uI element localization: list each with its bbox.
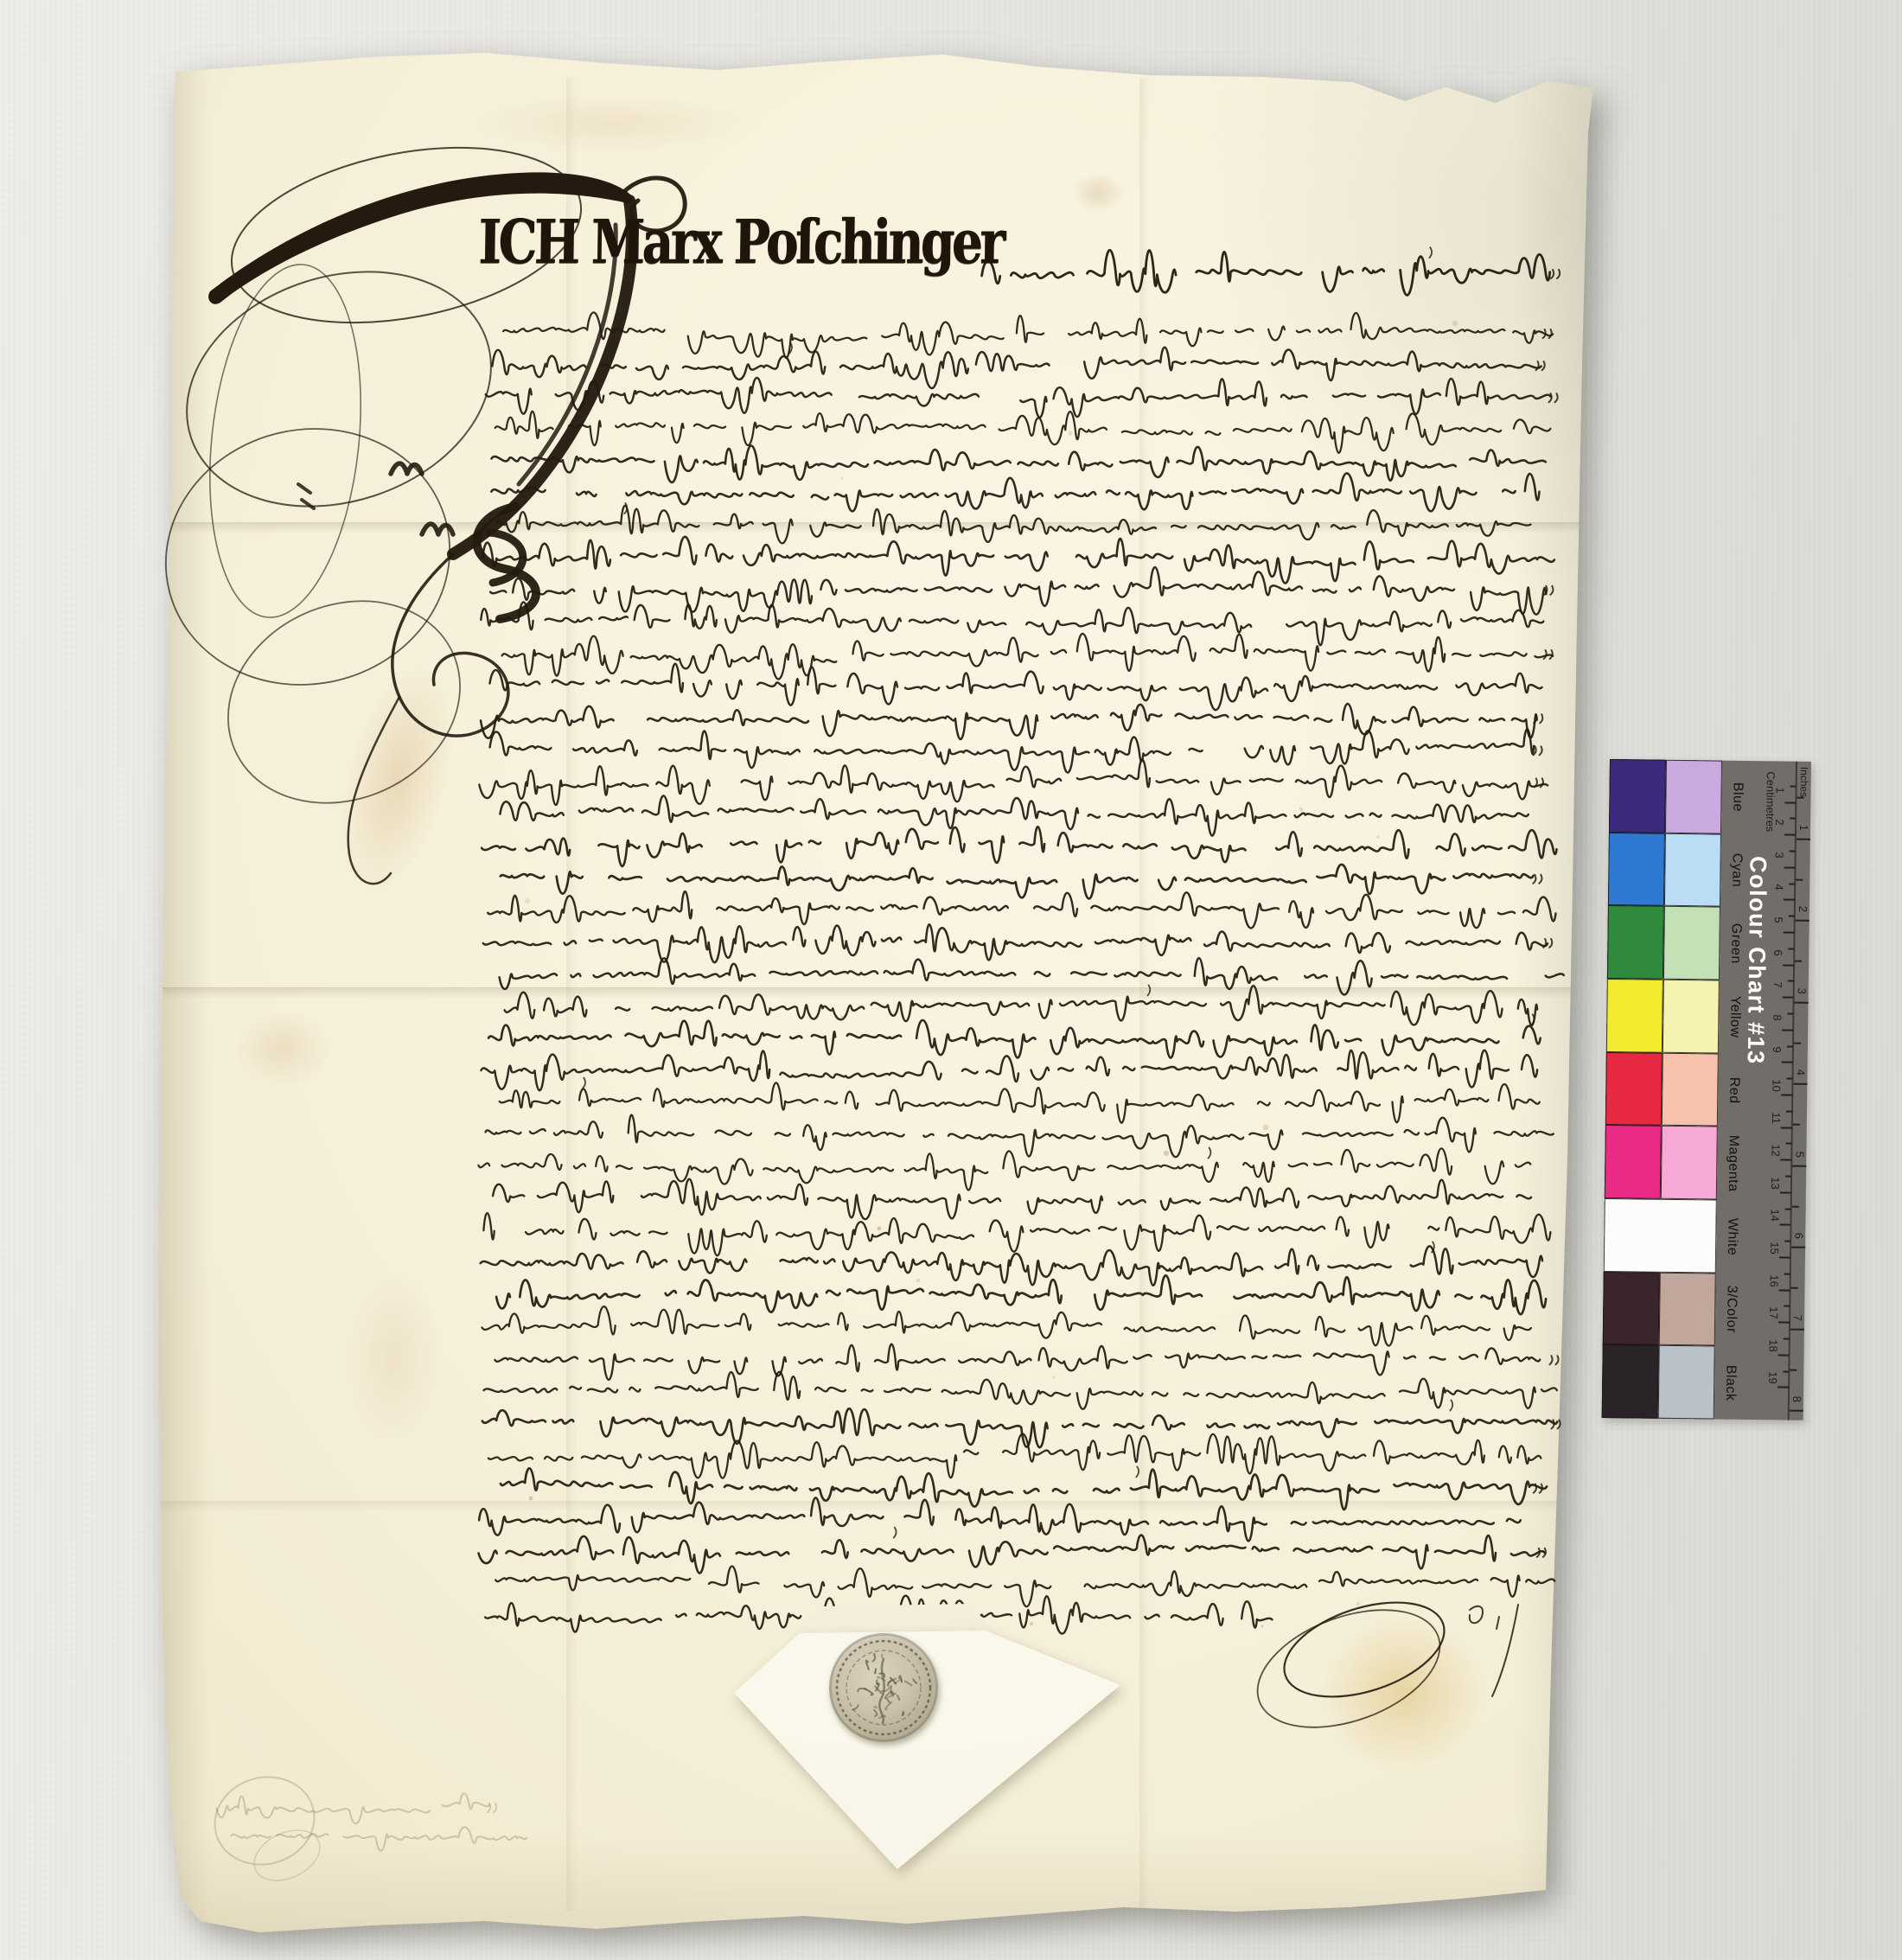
cm-half-tick [1790, 785, 1797, 787]
swatch-3-color-strong [1603, 1272, 1660, 1345]
ink-stroke [875, 1669, 876, 1673]
inch-tick-4 [1793, 1083, 1807, 1085]
cm-half-tick [1786, 1110, 1792, 1112]
inch-tick-1 [1797, 838, 1810, 840]
swatch-black-light [1658, 1345, 1715, 1419]
inch-tick-2 [1796, 920, 1809, 922]
inch-number-7: 7 [1791, 1314, 1804, 1320]
swatch-blue-light [1665, 760, 1722, 833]
inch-tick-6 [1791, 1247, 1805, 1248]
swatch-black-strong [1602, 1344, 1659, 1418]
cm-number-16: 16 [1768, 1274, 1781, 1287]
inch-number-3: 3 [1796, 987, 1809, 993]
cm-half-tick [1784, 1338, 1790, 1340]
cm-number-11: 11 [1770, 1112, 1783, 1124]
colour-chart: BlueCyanGreenYellowRedMagentaWhite3/Colo… [1602, 759, 1811, 1421]
ink-stroke [866, 1661, 869, 1670]
cm-number-5: 5 [1772, 916, 1785, 923]
cm-tick-4 [1784, 899, 1795, 901]
inch-number-1: 1 [1797, 824, 1810, 830]
chart-row-labels: BlueCyanGreenYellowRedMagentaWhite3/Colo… [1722, 761, 1811, 762]
swatch-cyan-strong [1608, 833, 1665, 906]
chart-row-yellow [1606, 979, 1720, 1053]
chart-row-white [1604, 1198, 1717, 1273]
cm-half-tick [1787, 1013, 1793, 1015]
chart-row-green [1607, 905, 1720, 980]
cm-tick-16 [1779, 1289, 1790, 1291]
cm-number-9: 9 [1771, 1047, 1784, 1053]
inch-number-6: 6 [1792, 1233, 1805, 1239]
swatch-blue-strong [1609, 759, 1666, 833]
inch-half-tick [1794, 1042, 1801, 1044]
cm-number-10: 10 [1770, 1079, 1783, 1092]
ink-stroke [874, 1710, 877, 1716]
swatch-magenta-strong [1605, 1125, 1662, 1198]
inch-number-2: 2 [1797, 906, 1809, 912]
inch-half-tick [1797, 797, 1803, 799]
cm-tick-1 [1784, 801, 1796, 803]
ink-stroke [903, 1712, 904, 1715]
cm-number-18: 18 [1767, 1339, 1780, 1352]
cm-number-6: 6 [1771, 949, 1784, 955]
cm-number-8: 8 [1771, 1014, 1784, 1020]
cm-tick-2 [1784, 834, 1796, 836]
wax-seal [829, 1633, 938, 1742]
inch-tick-7 [1790, 1328, 1804, 1330]
ink-stroke [895, 1679, 902, 1683]
screenshot-root: ICH Marx Poſchinger BlueCyanGreenYellowR… [0, 0, 1902, 1960]
chart-row-black [1602, 1344, 1715, 1419]
ink-stroke [872, 1654, 875, 1662]
inch-tick-5 [1792, 1165, 1806, 1166]
chart-label-3-color: 3/Color [1720, 1273, 1743, 1346]
swatch-yellow-strong [1606, 979, 1663, 1052]
chart-label-black: Black [1719, 1346, 1742, 1420]
ink-stroke [858, 1689, 865, 1691]
ink-stroke [897, 1695, 899, 1700]
cm-number-19: 19 [1766, 1372, 1779, 1385]
inch-half-tick [1790, 1369, 1797, 1370]
cm-half-tick [1786, 1143, 1792, 1145]
cm-half-tick [1784, 1241, 1790, 1242]
cm-number-12: 12 [1769, 1144, 1782, 1157]
cm-tick-13 [1780, 1191, 1791, 1193]
cm-half-tick [1784, 1306, 1790, 1307]
ink-stroke [913, 1679, 916, 1683]
cm-half-tick [1790, 818, 1796, 820]
inch-tick-3 [1795, 1001, 1809, 1003]
inch-half-tick [1795, 961, 1802, 962]
ink-stroke [889, 1695, 894, 1697]
chart-row-blue [1609, 759, 1722, 833]
cm-tick-3 [1784, 866, 1795, 868]
ink-stroke [852, 1705, 858, 1709]
cm-tick-10 [1781, 1094, 1792, 1095]
cm-tick-15 [1779, 1256, 1790, 1258]
swatch-red-light [1662, 1052, 1719, 1126]
cm-tick-14 [1779, 1224, 1790, 1226]
swatch-yellow-light [1663, 980, 1720, 1053]
chart-label-blue: Blue [1726, 761, 1749, 834]
seal-embossing [829, 1633, 938, 1742]
inch-number-5: 5 [1793, 1151, 1806, 1157]
ink-stroke [885, 1701, 891, 1709]
swatch-red-strong [1605, 1052, 1663, 1126]
cm-tick-19 [1778, 1387, 1789, 1389]
cm-half-tick [1787, 1045, 1793, 1047]
chart-row-magenta [1605, 1125, 1718, 1199]
cm-half-tick [1784, 1273, 1790, 1274]
cm-number-3: 3 [1773, 852, 1786, 858]
cm-half-tick [1789, 883, 1795, 884]
chart-row-cyan [1608, 833, 1721, 907]
cm-tick-11 [1781, 1127, 1792, 1128]
chart-grey-panel: BlueCyanGreenYellowRedMagentaWhite3/Colo… [1714, 761, 1811, 1421]
cm-half-tick [1789, 916, 1795, 917]
ink-stroke [905, 1682, 912, 1686]
cm-number-14: 14 [1768, 1210, 1781, 1223]
inch-number-8: 8 [1790, 1396, 1803, 1402]
swatch-cyan-light [1664, 833, 1721, 906]
cm-tick-9 [1782, 1062, 1793, 1063]
swatch-green-strong [1607, 905, 1664, 979]
chart-row-3-color [1603, 1272, 1716, 1346]
inch-half-tick [1791, 1287, 1798, 1289]
cm-half-tick [1786, 1078, 1792, 1080]
ink-stroke [882, 1655, 883, 1658]
inch-tick-8 [1790, 1410, 1803, 1412]
cm-half-tick [1790, 851, 1796, 852]
swatch-green-light [1663, 906, 1720, 980]
cm-half-tick [1785, 1176, 1791, 1178]
swatch-3-color-light [1659, 1272, 1716, 1345]
cm-tick-6 [1783, 964, 1794, 966]
inch-number-4: 4 [1795, 1069, 1808, 1076]
cm-number-7: 7 [1771, 981, 1784, 987]
cm-tick-5 [1784, 931, 1795, 933]
cm-half-tick [1785, 1208, 1791, 1210]
cm-number-1: 1 [1774, 787, 1787, 793]
cm-tick-18 [1778, 1354, 1790, 1356]
cm-number-2: 2 [1773, 820, 1786, 826]
chart-row-red [1605, 1052, 1719, 1127]
cm-number-15: 15 [1768, 1242, 1781, 1255]
cm-tick-7 [1783, 997, 1794, 999]
cm-tick-8 [1782, 1029, 1793, 1031]
inch-half-tick [1792, 1205, 1799, 1207]
swatch-magenta-light [1661, 1126, 1718, 1199]
cm-half-tick [1788, 948, 1794, 949]
inch-half-tick [1796, 878, 1803, 880]
chart-color-rows [1602, 759, 1722, 1420]
inches-label: Inches [1797, 767, 1809, 798]
cm-tick-17 [1778, 1322, 1790, 1324]
cm-number-17: 17 [1767, 1306, 1780, 1319]
chart-label-white: White [1720, 1200, 1744, 1274]
chart-label-magenta: Magenta [1721, 1127, 1745, 1200]
inch-half-tick [1793, 1124, 1800, 1126]
cm-number-4: 4 [1772, 884, 1785, 891]
cm-half-tick [1788, 980, 1794, 982]
swatch-white [1604, 1198, 1717, 1273]
cm-number-13: 13 [1769, 1177, 1782, 1190]
cm-half-tick [1783, 1370, 1789, 1372]
cm-tick-12 [1780, 1159, 1791, 1161]
ink-stroke [874, 1707, 877, 1708]
chart-title: Colour Chart #13 [1742, 856, 1771, 1065]
